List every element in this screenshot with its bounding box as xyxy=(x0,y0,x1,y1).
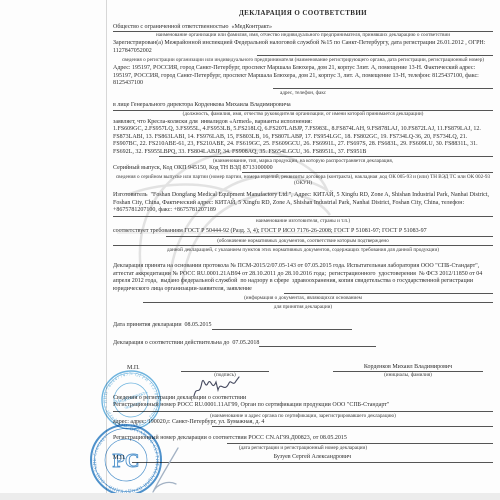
declarant-registration: Зарегистрирован(а) Межрайонной инспекцие… xyxy=(113,40,493,55)
declaration-body: ДЕКЛАРАЦИЯ О СООТВЕТСТВИИ Общество с огр… xyxy=(113,10,493,463)
signature-row: М.П. Корденков Михаил Владимирович xyxy=(113,361,493,372)
valid-until-label: Декларация о соответствии действительна … xyxy=(113,340,229,348)
date-accepted-row: Дата принятия декларации 08.05.2015 xyxy=(113,322,493,330)
stamp-place-label: М.П. xyxy=(127,365,153,373)
name-caption: (инициалы, фамилия) xyxy=(333,372,483,378)
stamp-place-label-bottom: М.П. xyxy=(113,455,126,463)
registration-number: Регистрационный номер РОСС RU.0001.11АГ9… xyxy=(113,402,493,410)
product-serial-caption: сведения о серийном выпуске или партии (… xyxy=(113,174,493,186)
basis-rule xyxy=(143,301,493,303)
serial-underline xyxy=(242,171,493,173)
registrar-name: Бузуев Сергей Александрович xyxy=(132,454,493,463)
signature-line xyxy=(181,361,269,372)
scan-edge-left xyxy=(106,0,107,500)
declarant-address-caption: адрес, телефон, факс xyxy=(113,90,493,96)
signature-captions: (подпись) (инициалы, фамилия) xyxy=(113,372,493,378)
basis-underline xyxy=(284,292,493,294)
valid-until-value: 07.05.2018 xyxy=(232,340,259,348)
compliance-rule xyxy=(113,244,493,246)
address-underline xyxy=(273,87,493,89)
basis-caption2: для принятия декларации) xyxy=(113,304,493,310)
signature-caption: (подпись) xyxy=(181,372,269,378)
registration-underline xyxy=(257,54,493,56)
manufacturer-info: Изготовитель "Foshan Dongfang Medical Eq… xyxy=(113,192,493,215)
date-accepted-underline xyxy=(212,328,353,330)
declarant-registration-caption: сведения о регистрации организации или и… xyxy=(113,57,493,63)
manufacturer-caption: наименование изготовителя, страны и т.п.… xyxy=(113,218,493,224)
declarant-org: Общество с ограниченной ответственностью… xyxy=(113,24,493,33)
document-title: ДЕКЛАРАЦИЯ О СООТВЕТСТВИИ xyxy=(113,10,493,18)
declaration-reg-caption: (дата регистрации и регистрационный номе… xyxy=(113,445,493,451)
date-accepted-label: Дата принятия декларации xyxy=(113,322,182,330)
scanned-document: ДЕКЛАРАЦИЯ О СООТВЕТСТВИИ Общество с огр… xyxy=(0,0,500,500)
declarant-org-caption: наименование организации или фамилия, им… xyxy=(113,32,493,38)
declarant-head: в лице Генерального директора Корденкова… xyxy=(113,102,493,111)
product-models: 1.FS609GC, 2.FS957LQ, 3.FS955L, 4.FS953L… xyxy=(113,126,493,156)
valid-until-underline xyxy=(259,345,376,347)
manufacturer-underline xyxy=(113,215,493,217)
registration-number-underline xyxy=(113,410,493,412)
date-accepted-value: 08.05.2015 xyxy=(185,322,212,330)
compliance-caption2: данной декларацией, с указанием пунктов … xyxy=(113,247,493,253)
declarant-head-caption: (должность, фамилия, имя, отчество руков… xyxy=(113,111,493,117)
scan-edge-bottom xyxy=(0,493,500,500)
product-declares: заявляет, что Кресла-коляски для инвалид… xyxy=(113,119,493,127)
declarant-address: Адрес: 195197, РОССИЯ, город Санкт-Петер… xyxy=(113,65,493,88)
registrar-row: М.П. Бузуев Сергей Александрович xyxy=(113,454,493,463)
basis-text: Декларация принята на основании протокол… xyxy=(113,263,493,293)
valid-until-row: Декларация о соответствии действительна … xyxy=(113,340,493,348)
